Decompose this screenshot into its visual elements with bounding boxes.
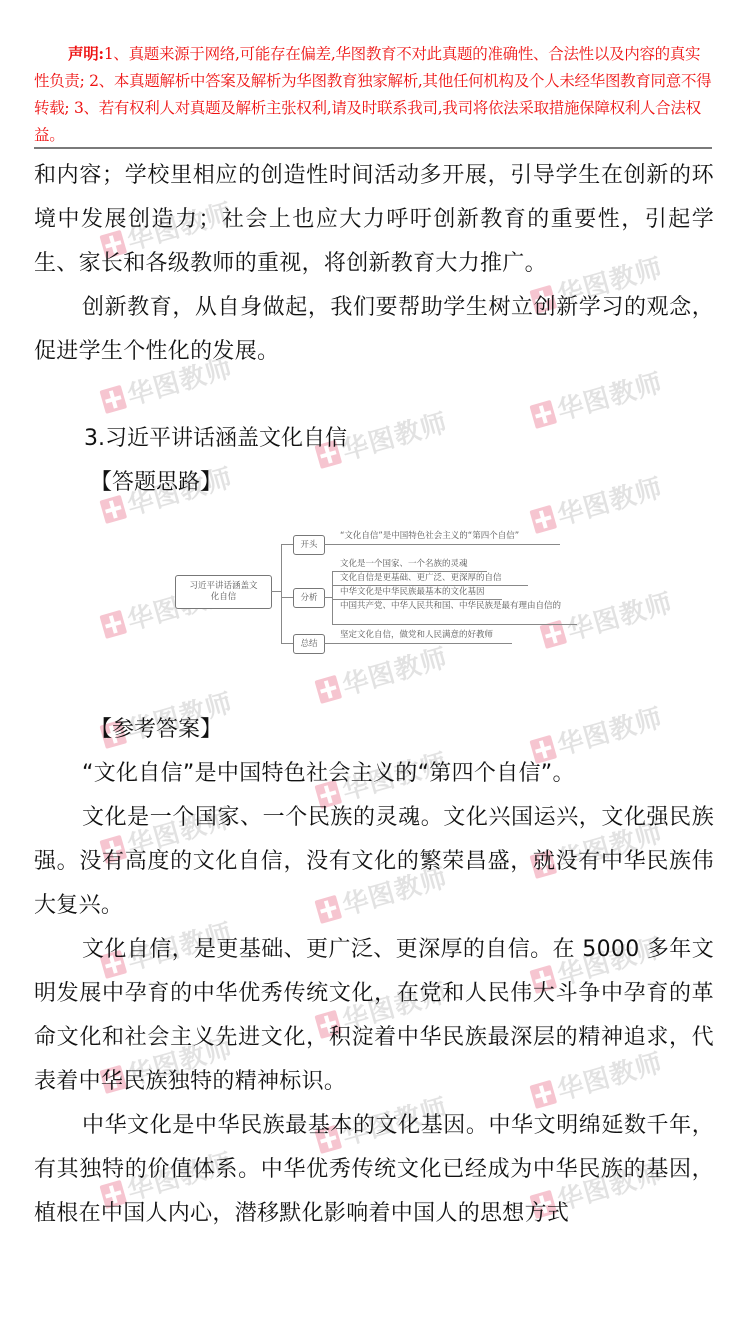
huatu-logo-icon [529, 399, 557, 428]
paragraph: 和内容；学校里相应的创造性时间活动多开展，引导学生在创新的环境中发展创造力；社会… [34, 154, 714, 286]
mind-map-branch-analysis: 分析 [293, 588, 325, 608]
connector [324, 597, 332, 598]
leaf-underline [332, 624, 577, 625]
disclaimer-text: 1、真题来源于网络,可能存在偏差,华图教育不对此真题的准确性、合法性以及内容的真… [34, 45, 711, 144]
connector [324, 643, 332, 644]
connector [281, 643, 293, 644]
connector [281, 544, 282, 644]
huatu-logo-icon [99, 384, 127, 413]
mind-map-leaf: 中国共产党、中华人民共和国、中华民族是最有理由自信的 [340, 601, 575, 612]
answer-section: “文化自信”是中国特色社会主义的“第四个自信”。 文化是一个国家、一个民族的灵魂… [34, 752, 714, 1236]
paragraph: “文化自信”是中国特色社会主义的“第四个自信”。 [34, 752, 714, 796]
paragraph: 中华文化是中华民族最基本的文化基因。中华文明绵延数千年，有其独特的价值体系。中华… [34, 1104, 714, 1236]
leaf-underline [332, 571, 487, 572]
connector [324, 544, 332, 545]
leaf-underline [332, 544, 560, 545]
section-label-thinking: 【答题思路】 [90, 468, 222, 498]
mind-map-root: 习近平讲话涵盖文化自信 [175, 575, 272, 609]
paragraph: 文化是一个国家、一个民族的灵魂。文化兴国运兴，文化强民族强。没有高度的文化自信，… [34, 796, 714, 928]
mind-map-branch-opening: 开头 [293, 535, 325, 555]
continuation-section: 和内容；学校里相应的创造性时间活动多开展，引导学生在创新的环境中发展创造力；社会… [34, 154, 714, 374]
huatu-logo-icon [99, 609, 127, 638]
mind-map-leaf: 坚定文化自信，做党和人民满意的好教师 [340, 630, 493, 641]
mind-map-leaf: “文化自信”是中国特色社会主义的“第四个自信” [340, 531, 519, 542]
section-label-answer: 【参考答案】 [90, 715, 222, 745]
divider [34, 147, 712, 149]
huatu-logo-icon [314, 674, 342, 703]
mind-map-leaf: 中华文化是中华民族最基本的文化基因 [340, 587, 485, 598]
leaf-underline [332, 599, 502, 600]
huatu-logo-icon [99, 494, 127, 523]
disclaimer-label: 声明: [68, 44, 104, 63]
connector [271, 591, 281, 592]
connector [281, 597, 293, 598]
leaf-underline [332, 585, 528, 586]
mind-map-branch-summary: 总结 [293, 634, 325, 654]
question-title: 3.习近平讲话涵盖文化自信 [84, 424, 347, 454]
paragraph: 文化自信，是更基础、更广泛、更深厚的自信。在 5000 多年文明发展中孕育的中华… [34, 928, 714, 1104]
mind-map: 习近平讲话涵盖文化自信 开头 “文化自信”是中国特色社会主义的“第四个自信” 分… [170, 525, 590, 660]
mind-map-leaf: 文化自信是更基础、更广泛、更深厚的自信 [340, 573, 502, 584]
mind-map-leaf: 文化是一个国家、一个名族的灵魂 [340, 559, 468, 570]
leaf-underline [332, 643, 512, 644]
disclaimer-notice: 声明:1、真题来源于网络,可能存在偏差,华图教育不对此真题的准确性、合法性以及内… [34, 40, 714, 149]
paragraph: 创新教育，从自身做起，我们要帮助学生树立创新学习的观念，促进学生个性化的发展。 [34, 286, 714, 374]
connector [281, 544, 293, 545]
connector [332, 571, 333, 624]
